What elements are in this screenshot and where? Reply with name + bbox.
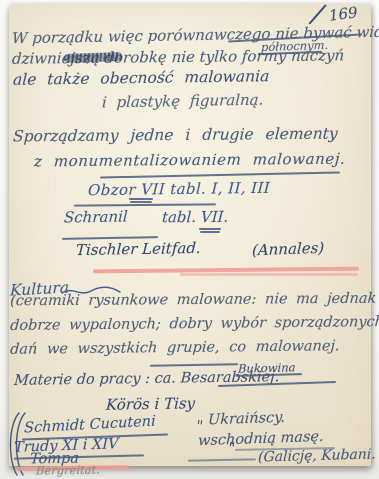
ditto-mark-2: ": [227, 439, 236, 458]
double-underline-vii-b: [130, 201, 152, 203]
handwritten-line-13: dań we wszystkich grupie, co malowanej.: [10, 339, 340, 358]
pink-underline-1: [93, 267, 359, 273]
ink-underline-line-6: [100, 171, 340, 178]
handwritten-line-12: dobrze wypalonych; dobry wybór sporządzo…: [10, 315, 379, 335]
ink-underline-line-13: [150, 363, 238, 366]
connecting-dash-line: [188, 458, 256, 461]
reference-line-tischler-paren: (Annales): [252, 240, 325, 259]
handwritten-line-15: Körös i Tisy: [106, 395, 196, 413]
right-column-line-1: Ukraińscy.: [208, 411, 286, 430]
ink-underline-schranil: [62, 236, 158, 239]
right-column-line-3: (Galicję, Kubani.: [258, 447, 376, 465]
page-number: 169: [328, 4, 358, 24]
ink-underline-reference-1: [74, 203, 216, 206]
handwritten-line-6: z monumentalizowaniem malowanej.: [34, 151, 347, 170]
handwritten-line-2: dziwniejszą dorobkę nie tylko formy nacz…: [12, 47, 345, 67]
scanned-photo-frame: / 169 W porządku więc porównawczego nie …: [0, 0, 379, 479]
pencil-annotation: Bergreitat.: [36, 463, 101, 477]
double-underline-vii2-a: [199, 228, 221, 230]
handwritten-line-3: ale także obecność malowania: [13, 68, 270, 89]
handwritten-line-5: Sporządzamy jedne i drugie elementy: [12, 126, 338, 146]
handwritten-line-11: (ceramiki rysunkowe malowane: nie ma jed…: [10, 292, 377, 311]
handwritten-line-4: i plastykę figuralną.: [102, 92, 264, 111]
manuscript-content: / 169 W porządku więc porównawczego nie …: [0, 0, 379, 479]
reference-line-obzor: Obzor VII tabl. I, II, III: [88, 180, 271, 199]
reference-line-schranil: Schranil: [64, 208, 129, 226]
double-underline-vii2-b: [200, 231, 220, 233]
reference-line-schranil-plate: tabl. VII.: [161, 209, 228, 226]
double-underline-vii-a: [129, 198, 153, 200]
pink-underline-1b: [180, 273, 358, 276]
reference-line-tischler: Tischler Leitfad.: [76, 240, 202, 259]
